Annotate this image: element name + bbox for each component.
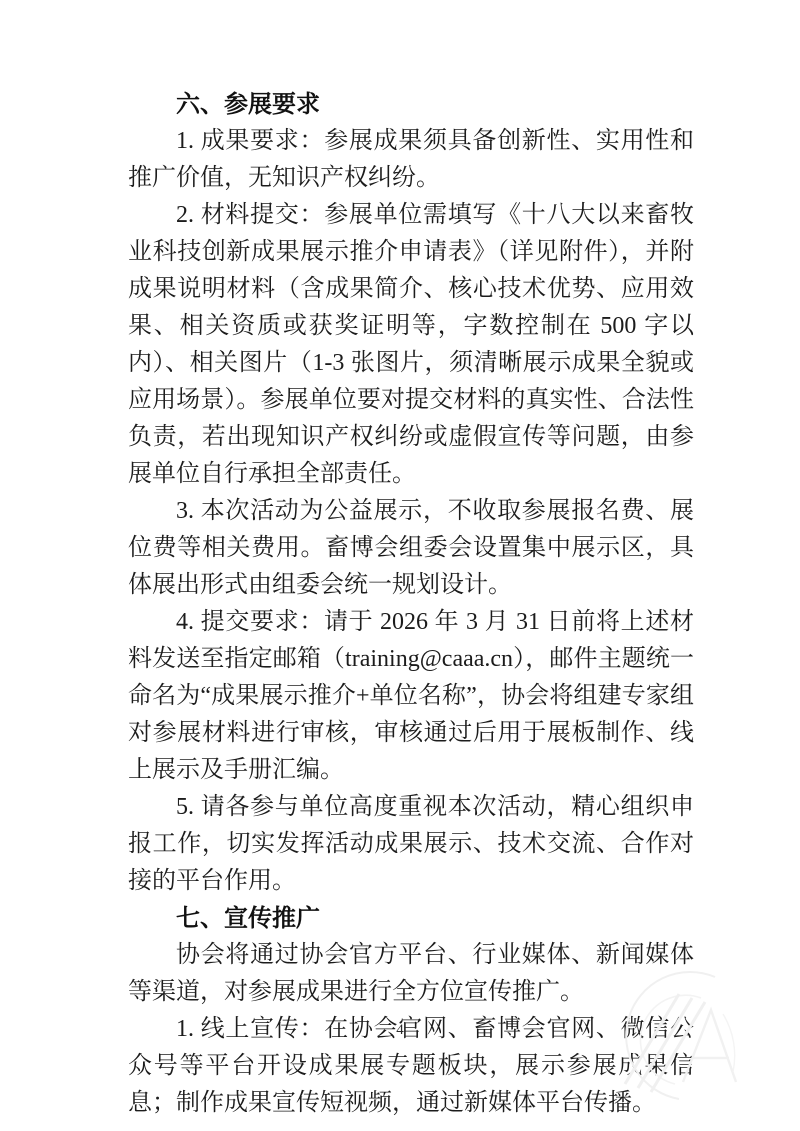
paragraph: 5. 请各参与单位高度重视本次活动，精心组织申报工作，切实发挥活动成果展示、技术… — [128, 789, 694, 900]
paragraph: 1. 成果要求：参展成果须具备创新性、实用性和推广价值，无知识产权纠纷。 — [128, 123, 694, 197]
section-heading: 六、参展要求 — [128, 86, 694, 123]
page-number: 4 — [0, 1022, 800, 1039]
paragraph: 2. 材料提交：参展单位需填写《十八大以来畜牧业科技创新成果展示推介申请表》（详… — [128, 197, 694, 493]
paragraph: 协会将通过协会官方平台、行业媒体、新闻媒体等渠道，对参展成果进行全方位宣传推广。 — [128, 937, 694, 1011]
section-heading: 七、宣传推广 — [128, 900, 694, 937]
paragraph: 3. 本次活动为公益展示，不收取参展报名费、展位费等相关费用。畜博会组委会设置集… — [128, 493, 694, 604]
paragraph: 4. 提交要求：请于 2026 年 3 月 31 日前将上述材料发送至指定邮箱（… — [128, 604, 694, 789]
document-page: 六、参展要求1. 成果要求：参展成果须具备创新性、实用性和推广价值，无知识产权纠… — [0, 0, 800, 1131]
document-body: 六、参展要求1. 成果要求：参展成果须具备创新性、实用性和推广价值，无知识产权纠… — [128, 86, 694, 1122]
